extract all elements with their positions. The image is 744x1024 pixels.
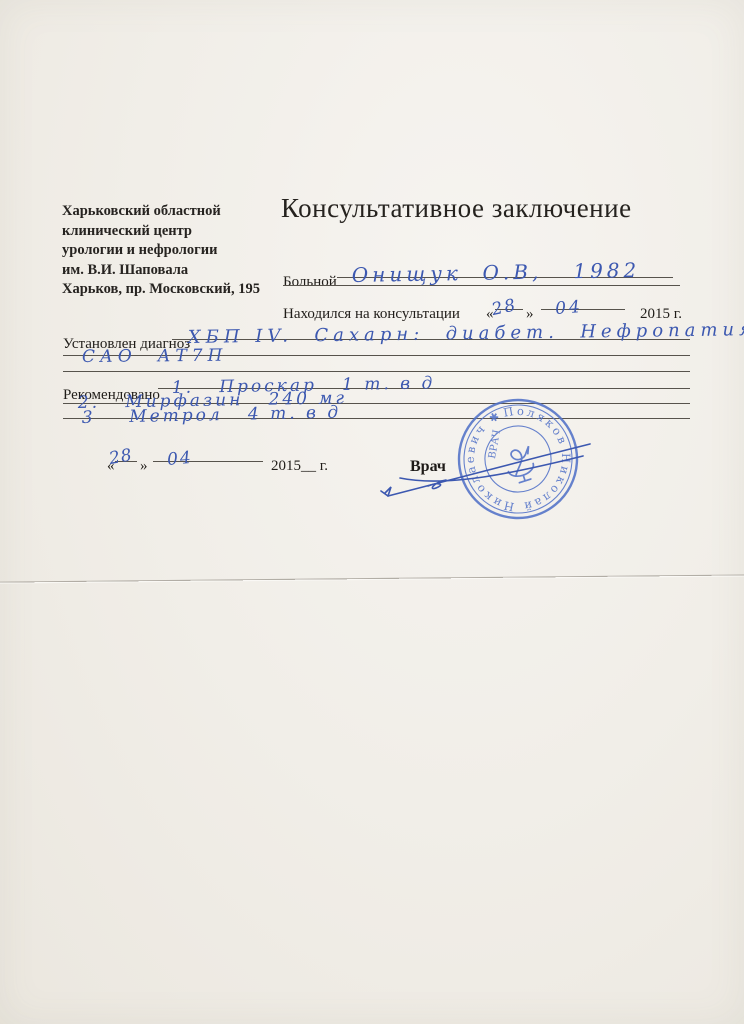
footer-day-handwriting: 28 [108,445,135,469]
doctor-signature [378,428,613,513]
consultation-day-handwriting: 28 [490,295,519,320]
scanned-document-page: Харьковский областной клинический центр … [0,0,744,1024]
signature-stroke [388,444,590,496]
ruled-line [283,285,680,286]
org-line: клинический центр [62,222,302,242]
footer-month-handwriting: 04 [166,448,193,470]
footer-year: 2015__ г. [271,458,328,475]
diagnosis-line1-handwriting: ХБП IV. Сахарн: диабет. Нефропатия [188,319,744,348]
document-title: Консультативное заключение [281,193,632,224]
recommendation-item-handwriting: 3 Метрол 4 т. в д [82,403,342,428]
patient-name-handwriting: Онищук О.В, 1982 [352,258,641,287]
org-line: урологии и нефрологии [62,241,302,261]
diagnosis-line2-handwriting: САО АТ7П [82,346,228,367]
ruled-line [63,371,690,372]
quote-close: » [526,306,534,323]
patient-label: Больной [283,274,337,291]
org-line: Харьковский областной [62,202,302,222]
quote-close: » [140,458,148,475]
org-line: им. В.И. Шаповала [62,261,302,281]
org-line: Харьков, пр. Московский, 195 [62,280,302,300]
paper-fold-line [0,574,744,583]
consultation-label: Находился на консультации [283,306,460,323]
organization-block: Харьковский областной клинический центр … [62,202,302,300]
signature-flourish [381,487,391,496]
consultation-month-handwriting: 04 [555,297,584,319]
